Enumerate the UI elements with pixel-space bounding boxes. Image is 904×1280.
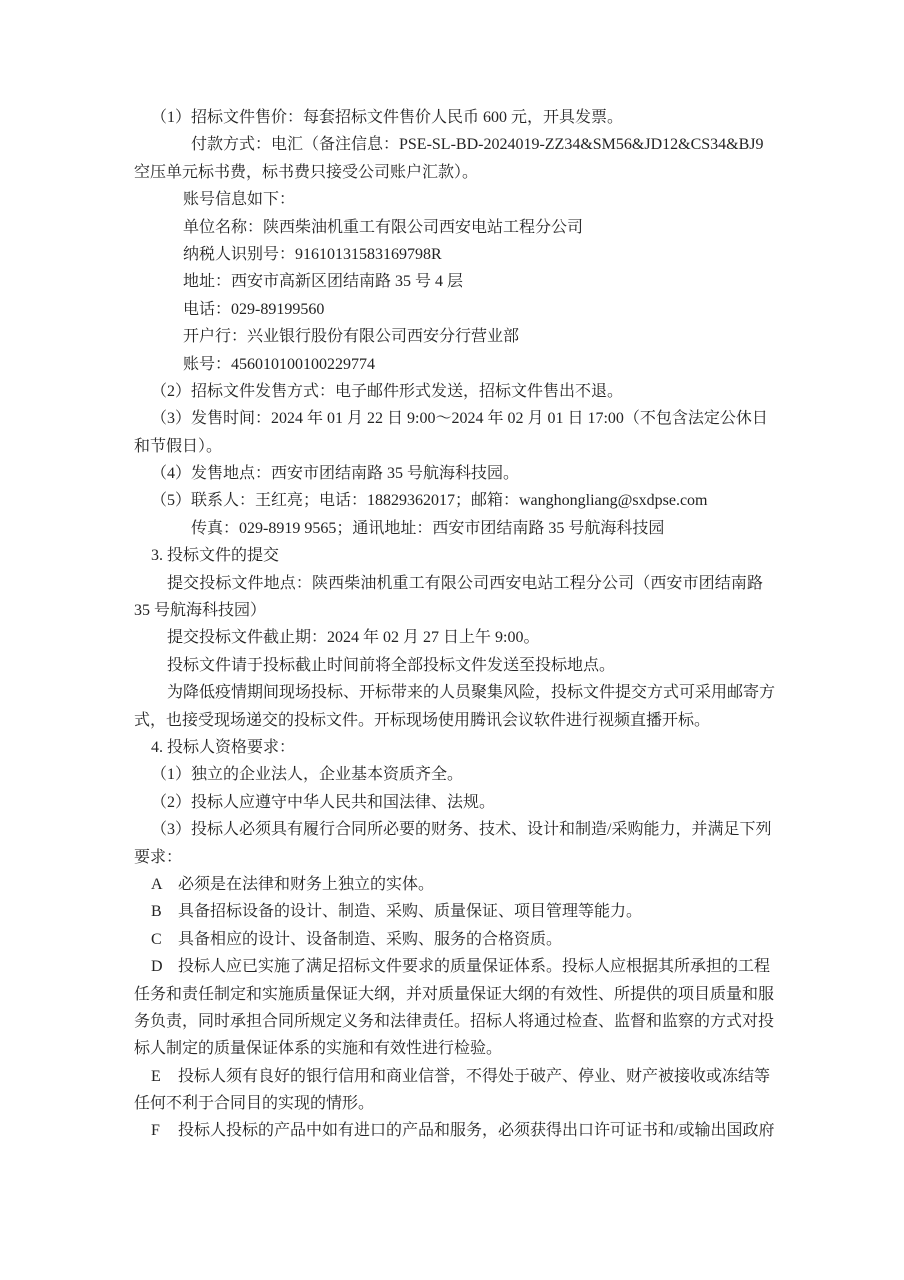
sale-fax-address: 传真：029-8919 9565；通讯地址：西安市团结南路 35 号航海科技园 — [134, 515, 763, 542]
requirement-d-line: 任务和责任制定和实施质量保证大纲，并对质量保证大纲的有效性、所提供的项目质量和服 — [134, 981, 763, 1008]
payment-method-line: 付款方式：电汇（备注信息：PSE-SL-BD-2024019-ZZ34&SM56… — [134, 131, 763, 158]
document-page: （1）招标文件售价：每套招标文件售价人民币 600 元，开具发票。 付款方式：电… — [0, 0, 904, 1280]
requirement-label: A — [151, 871, 178, 898]
requirement-d-line: 标人制定的质量保证体系的实施和有效性进行检验。 — [134, 1035, 763, 1062]
requirement-label: C — [151, 926, 178, 953]
sale-price-item: （1）招标文件售价：每套招标文件售价人民币 600 元，开具发票。 — [134, 104, 763, 131]
sale-contact-item: （5）联系人：王红亮；电话：18829362017；邮箱：wanghonglia… — [134, 487, 763, 514]
qualification-item: （2）投标人应遵守中华人民共和国法律、法规。 — [134, 789, 763, 816]
requirement-b: B具备招标设备的设计、制造、采购、质量保证、项目管理等能力。 — [134, 898, 763, 925]
requirement-a: A必须是在法律和财务上独立的实体。 — [134, 871, 763, 898]
requirement-label: D — [151, 953, 178, 980]
sale-time-line: （3）发售时间：2024 年 01 月 22 日 9:00～2024 年 02 … — [134, 405, 763, 432]
requirement-c: C具备相应的设计、设备制造、采购、服务的合格资质。 — [134, 926, 763, 953]
requirement-label: F — [151, 1117, 178, 1144]
account-address: 地址：西安市高新区团结南路 35 号 4 层 — [134, 268, 763, 295]
sale-method-item: （2）招标文件发售方式：电子邮件形式发送，招标文件售出不退。 — [134, 378, 763, 405]
payment-method-line: 空压单元标书费，标书费只接受公司账户汇款）。 — [134, 159, 763, 186]
requirement-d: D投标人应已实施了满足招标文件要求的质量保证体系。投标人应根据其所承担的工程 — [134, 953, 763, 980]
requirement-label: B — [151, 898, 178, 925]
qualification-item-line: 要求： — [134, 844, 763, 871]
requirement-text: 投标人投标的产品中如有进口的产品和服务，必须获得出口许可证书和/或输出国政府 — [178, 1122, 774, 1139]
account-bank: 开户行：兴业银行股份有限公司西安分行营业部 — [134, 323, 763, 350]
submission-epidemic-note-line: 式，也接受现场递交的投标文件。开标现场使用腾讯会议软件进行视频直播开标。 — [134, 707, 763, 734]
requirement-text: 投标人须有良好的银行信用和商业信誉，不得处于破产、停业、财产被接收或冻结等 — [178, 1068, 770, 1085]
submission-delivery-note: 投标文件请于投标截止时间前将全部投标文件发送至投标地点。 — [134, 652, 763, 679]
requirement-e-line: 任何不利于合同目的实现的情形。 — [134, 1090, 763, 1117]
requirement-text: 投标人应已实施了满足招标文件要求的质量保证体系。投标人应根据其所承担的工程 — [178, 958, 770, 975]
account-taxpayer-id: 纳税人识别号：91610131583169798R — [134, 241, 763, 268]
requirement-text: 具备相应的设计、设备制造、采购、服务的合格资质。 — [178, 931, 562, 948]
account-number: 账号：456010100100229774 — [134, 351, 763, 378]
sale-time-line: 和节假日）。 — [134, 433, 763, 460]
section-heading-submission: 3. 投标文件的提交 — [134, 542, 763, 569]
account-unit-name: 单位名称：陕西柴油机重工有限公司西安电站工程分公司 — [134, 214, 763, 241]
submission-deadline: 提交投标文件截止期：2024 年 02 月 27 日上午 9:00。 — [134, 624, 763, 651]
requirement-text: 具备招标设备的设计、制造、采购、质量保证、项目管理等能力。 — [178, 903, 642, 920]
submission-location-line: 提交投标文件地点：陕西柴油机重工有限公司西安电站工程分公司（西安市团结南路 — [134, 570, 763, 597]
section-heading-qualification: 4. 投标人资格要求： — [134, 734, 763, 761]
requirement-d-line: 务负责，同时承担合同所规定义务和法律责任。招标人将通过检查、监督和监察的方式对投 — [134, 1008, 763, 1035]
requirement-label: E — [151, 1063, 178, 1090]
qualification-item-line: （3）投标人必须具有履行合同所必要的财务、技术、设计和制造/采购能力，并满足下列 — [134, 816, 763, 843]
sale-location-item: （4）发售地点：西安市团结南路 35 号航海科技园。 — [134, 460, 763, 487]
submission-location-line: 35 号航海科技园） — [134, 597, 763, 624]
account-info-heading: 账号信息如下： — [134, 186, 763, 213]
submission-epidemic-note-line: 为降低疫情期间现场投标、开标带来的人员聚集风险，投标文件提交方式可采用邮寄方 — [134, 679, 763, 706]
account-phone: 电话：029-89199560 — [134, 296, 763, 323]
requirement-f: F投标人投标的产品中如有进口的产品和服务，必须获得出口许可证书和/或输出国政府 — [134, 1117, 763, 1144]
requirement-text: 必须是在法律和财务上独立的实体。 — [178, 876, 434, 893]
document-body: （1）招标文件售价：每套招标文件售价人民币 600 元，开具发票。 付款方式：电… — [134, 104, 763, 1145]
qualification-item: （1）独立的企业法人，企业基本资质齐全。 — [134, 761, 763, 788]
requirement-e: E投标人须有良好的银行信用和商业信誉，不得处于破产、停业、财产被接收或冻结等 — [134, 1063, 763, 1090]
